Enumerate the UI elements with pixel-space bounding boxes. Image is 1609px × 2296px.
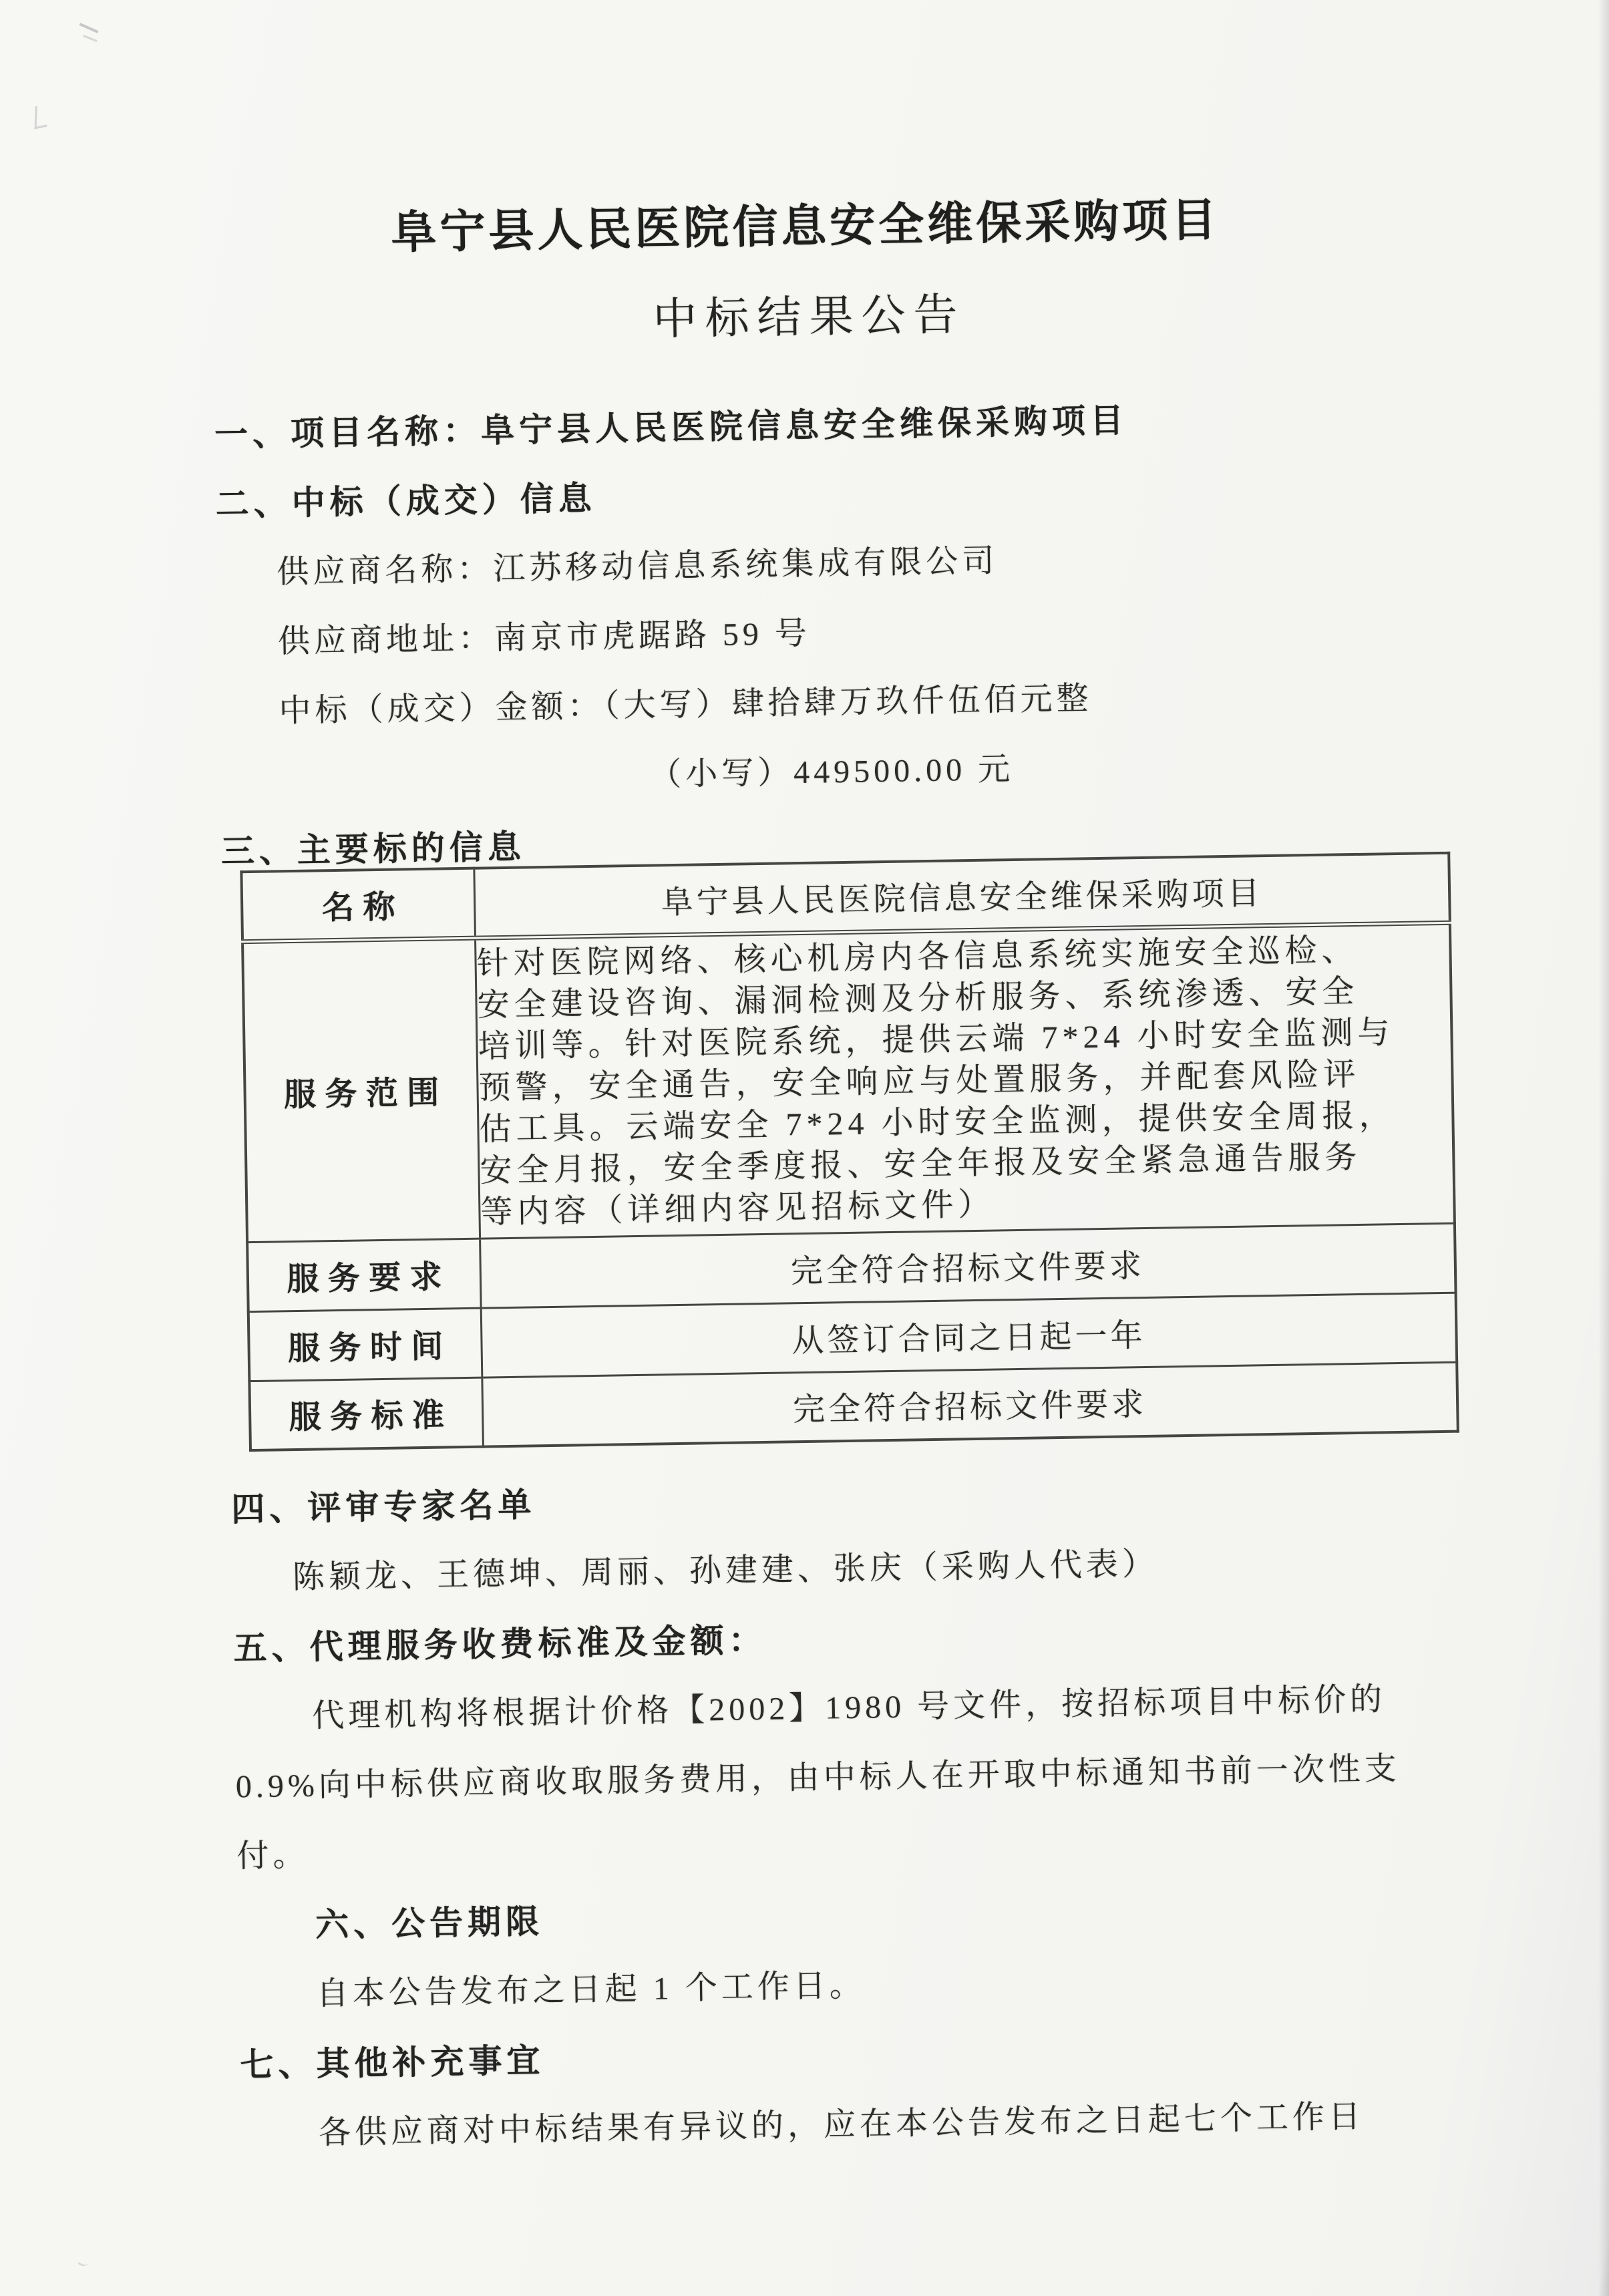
row-label-service-period: 服务时间: [248, 1308, 482, 1381]
row-label-service-standard: 服务标准: [249, 1377, 483, 1450]
subject-info-table: 名称 阜宁县人民医院信息安全维保采购项目 服务范围 针对医院网络、核心机房内各信…: [240, 852, 1459, 1452]
supplier-address-value: 南京市虎踞路 59 号: [494, 616, 812, 656]
supplier-name-value: 江苏移动信息系统集成有限公司: [493, 543, 999, 587]
supplier-address-label: 供应商地址：: [278, 621, 495, 659]
announcement-document: 阜宁县人民医院信息安全维保采购项目 中标结果公告 一、项目名称：阜宁县人民医院信…: [211, 185, 1477, 2170]
scan-artifact: [77, 2257, 90, 2269]
table-row-service-scope: 服务范围 针对医院网络、核心机房内各信息系统实施安全巡检、安全建设咨询、漏洞检测…: [242, 923, 1455, 1242]
document-subtitle: 中标结果公告: [162, 277, 1449, 359]
document-title: 阜宁县人民医院信息安全维保采购项目: [160, 185, 1447, 269]
award-amount-words: （大写）肆拾肆万玖仟伍佰元整: [603, 681, 1093, 723]
scan-artifact: [83, 35, 98, 42]
scanner-edge-shadow: [1598, 0, 1609, 2296]
row-label-service-requirement: 服务要求: [247, 1239, 481, 1311]
award-amount-figures: （小写）449500.00 元: [649, 752, 1015, 793]
row-value-service-scope: 针对医院网络、核心机房内各信息系统实施安全巡检、安全建设咨询、漏洞检测及分析服务…: [476, 923, 1455, 1239]
row-label-service-scope: 服务范围: [242, 938, 480, 1242]
award-amount-label: 中标（成交）金额：: [279, 689, 604, 729]
scan-artifact: [79, 23, 98, 33]
scanned-page: 阜宁县人民医院信息安全维保采购项目 中标结果公告 一、项目名称：阜宁县人民医院信…: [0, 0, 1609, 2296]
row-value-service-standard: 完全符合招标文件要求: [482, 1362, 1458, 1447]
scan-artifact: [35, 104, 48, 130]
supplier-name-label: 供应商名称：: [277, 551, 494, 590]
